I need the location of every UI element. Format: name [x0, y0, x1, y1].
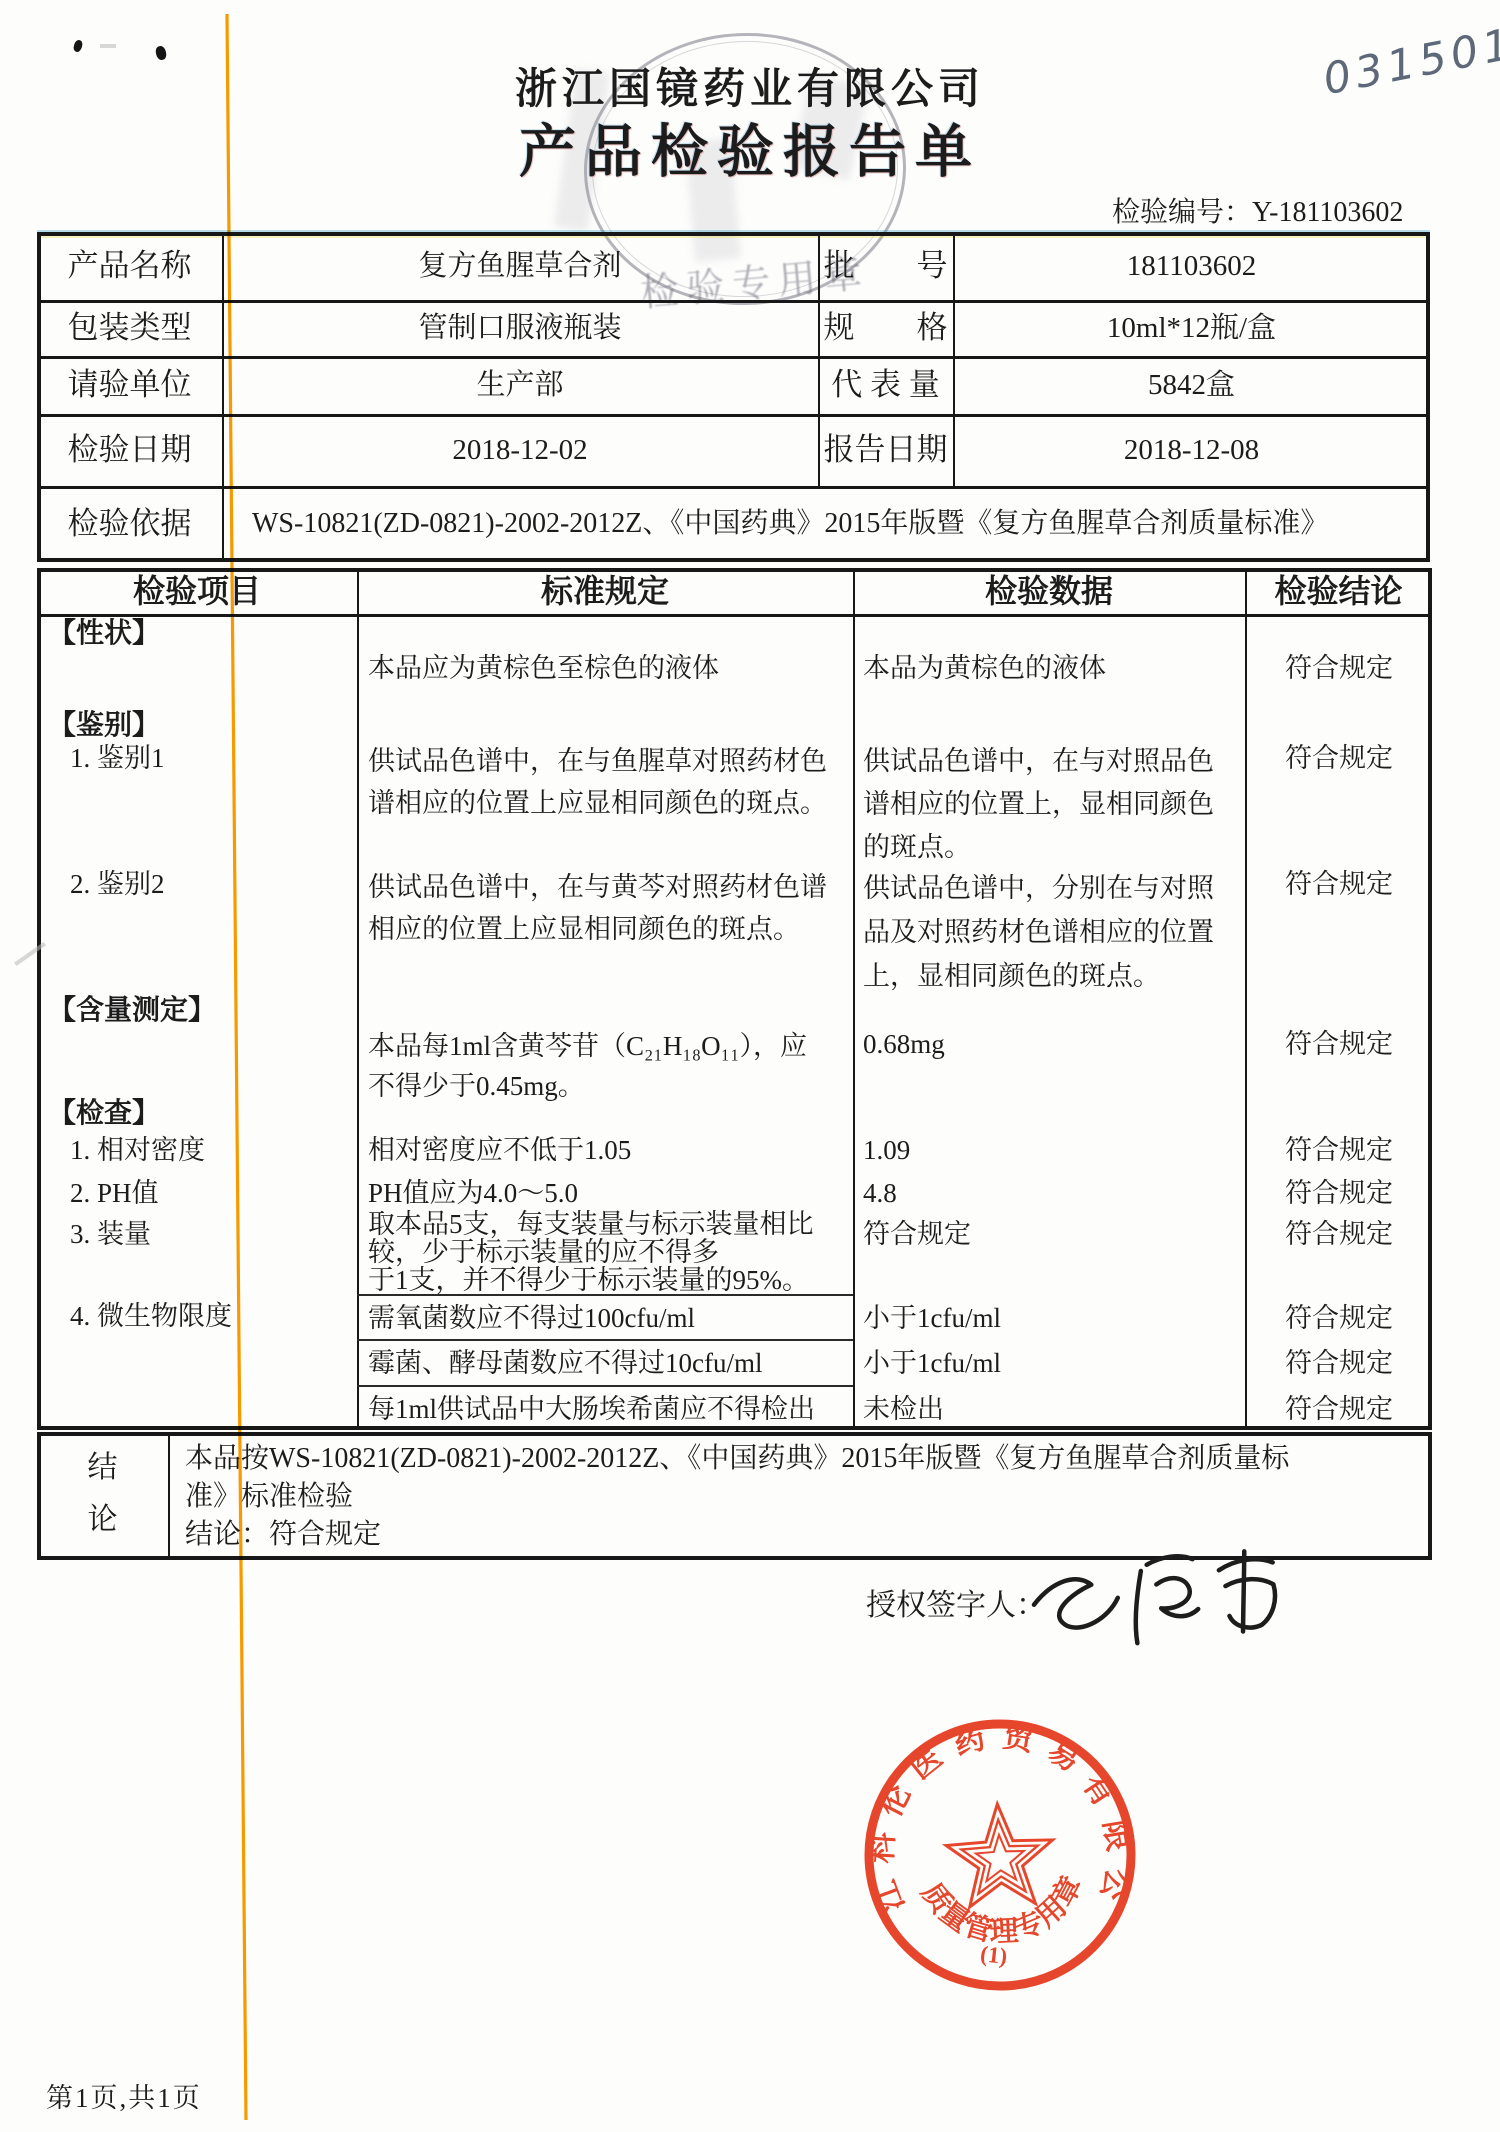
- data-text: 供试品色谱中，在与对照品色 谱相应的位置上，显相同颜色 的斑点。: [863, 740, 1241, 869]
- conclusion-text: 符合规定: [1248, 866, 1430, 902]
- handwritten-signature: [1018, 1533, 1322, 1673]
- data-text: 符合规定: [863, 1216, 1241, 1252]
- info-label: 产品名称: [37, 232, 222, 300]
- item-label: 4. 微生物限度: [70, 1298, 360, 1334]
- info-label: 代 表 量: [818, 356, 953, 414]
- ink-speck: [72, 39, 83, 53]
- report-number: 检验编号：Y-181103602: [1112, 190, 1403, 230]
- info-value: 复方鱼腥草合剂: [222, 232, 818, 300]
- pencil-mark: [100, 44, 116, 48]
- conclusion-text: 符合规定: [1248, 740, 1430, 776]
- item-label: 2. PH值: [70, 1175, 350, 1211]
- page-number: 第1页,共1页: [46, 2076, 202, 2115]
- data-text: 供试品色谱中，分别在与对照 品及对照药材色谱相应的位置 上，显相同颜色的斑点。: [863, 866, 1241, 998]
- column-header: 检验数据: [853, 568, 1245, 614]
- seal-company-arc-textwrap: 浙江科伦医药贸易有限公司: [848, 1703, 1140, 1919]
- info-value: 生产部: [222, 356, 818, 414]
- data-text: 1.09: [863, 1132, 1241, 1168]
- table-subline: [357, 1385, 853, 1387]
- standard-text: 需氧菌数应不得过100cfu/ml: [368, 1300, 848, 1336]
- info-value: 10ml*12瓶/盒: [953, 300, 1430, 356]
- data-text: 0.68mg: [863, 1026, 1241, 1062]
- data-text: 小于1cfu/ml: [863, 1345, 1241, 1381]
- table-line: [168, 1432, 170, 1560]
- standard-text: PH值应为4.0～5.0: [368, 1175, 848, 1211]
- info-label: 请验单位: [37, 356, 222, 414]
- info-value: 5842盒: [953, 356, 1430, 414]
- conclusion-text: 符合规定: [1248, 1300, 1430, 1336]
- table-line: [1245, 568, 1247, 1430]
- item-label: 1. 相对密度: [70, 1132, 350, 1168]
- item-label: 2. 鉴别2: [70, 866, 350, 902]
- standard-text: 取本品5支，每支装量与标示装量相比 较，少于标示装量的应不得多 于1支，并不得少…: [368, 1210, 848, 1294]
- basis-value: WS-10821(ZD-0821)-2002-2012Z、《中国药典》2015年…: [252, 486, 1417, 562]
- data-text: 4.8: [863, 1175, 1241, 1211]
- info-label: 检验日期: [37, 414, 222, 486]
- conclusion-text: 符合规定: [1248, 1026, 1430, 1062]
- info-label: 报告日期: [818, 414, 953, 486]
- standard-text: 本品每1ml含黄芩苷（C₂₁H₁₈O₁₁），应 不得少于0.45mg。: [368, 1026, 848, 1106]
- info-value: 181103602: [953, 232, 1430, 300]
- standard-text: 相对密度应不低于1.05: [368, 1132, 848, 1168]
- seal-number: (1): [979, 1941, 1008, 1969]
- info-value: 2018-12-02: [222, 414, 818, 486]
- standard-text: 霉菌、酵母菌数应不得过10cfu/ml: [368, 1345, 848, 1381]
- data-text: 本品为黄棕色的液体: [863, 650, 1241, 686]
- standard-text: 供试品色谱中，在与鱼腥草对照药材色 谱相应的位置上应显相同颜色的斑点。: [368, 740, 848, 824]
- item-label: 1. 鉴别1: [70, 740, 350, 776]
- standard-text: 本品应为黄棕色至棕色的液体: [368, 650, 848, 686]
- item-label: 【含量测定】: [48, 993, 338, 1029]
- conclusion-text: 符合规定: [1248, 1345, 1430, 1381]
- svg-text:质量管理专用章: 质量管理专用章: [914, 1869, 1092, 1953]
- item-label: 【性状】: [48, 616, 338, 652]
- info-label: 批 号: [818, 232, 953, 300]
- conclusion-box-label: 结 论: [37, 1442, 168, 1546]
- column-header: 标准规定: [357, 568, 853, 614]
- info-value: 2018-12-08: [953, 414, 1430, 486]
- scanned-report-page: 0315019 检验专用章 浙江国镜药业有限公司 产品检验报告单 检验编号：Y-…: [0, 0, 1500, 2132]
- info-value: 管制口服液瓶装: [222, 300, 818, 356]
- item-label: 3. 装量: [70, 1216, 350, 1252]
- conclusion-text: 符合规定: [1248, 1175, 1430, 1211]
- basis-label: 检验依据: [37, 486, 222, 562]
- column-header: 检验项目: [37, 568, 357, 614]
- seal-company-arc: 浙江科伦医药贸易有限公司: [848, 1703, 1140, 1919]
- conclusion-text: 符合规定: [1248, 1391, 1430, 1427]
- info-label: 包装类型: [37, 300, 222, 356]
- document-title: 产品检验报告单: [0, 106, 1500, 188]
- standard-text: 每1ml供试品中大肠埃希菌应不得检出: [368, 1391, 848, 1427]
- conclusion-text: 符合规定: [1248, 650, 1430, 686]
- seal-title-arc: 质量管理专用章: [914, 1869, 1092, 1953]
- conclusion-text: 符合规定: [1248, 1216, 1430, 1252]
- item-label: 【检查】: [48, 1096, 338, 1132]
- item-label: 【鉴别】: [48, 708, 338, 744]
- column-header: 检验结论: [1245, 568, 1432, 614]
- data-text: 未检出: [863, 1391, 1241, 1427]
- red-company-seal: 浙江科伦医药贸易有限公司 质量管理专用章 (1): [848, 1703, 1153, 2008]
- data-text: 小于1cfu/ml: [863, 1300, 1241, 1336]
- info-label: 规 格: [818, 300, 953, 356]
- table-line: [853, 568, 855, 1430]
- standard-text: 供试品色谱中，在与黄芩对照药材色谱 相应的位置上应显相同颜色的斑点。: [368, 866, 848, 950]
- table-subline: [357, 1339, 853, 1341]
- conclusion-text: 符合规定: [1248, 1132, 1430, 1168]
